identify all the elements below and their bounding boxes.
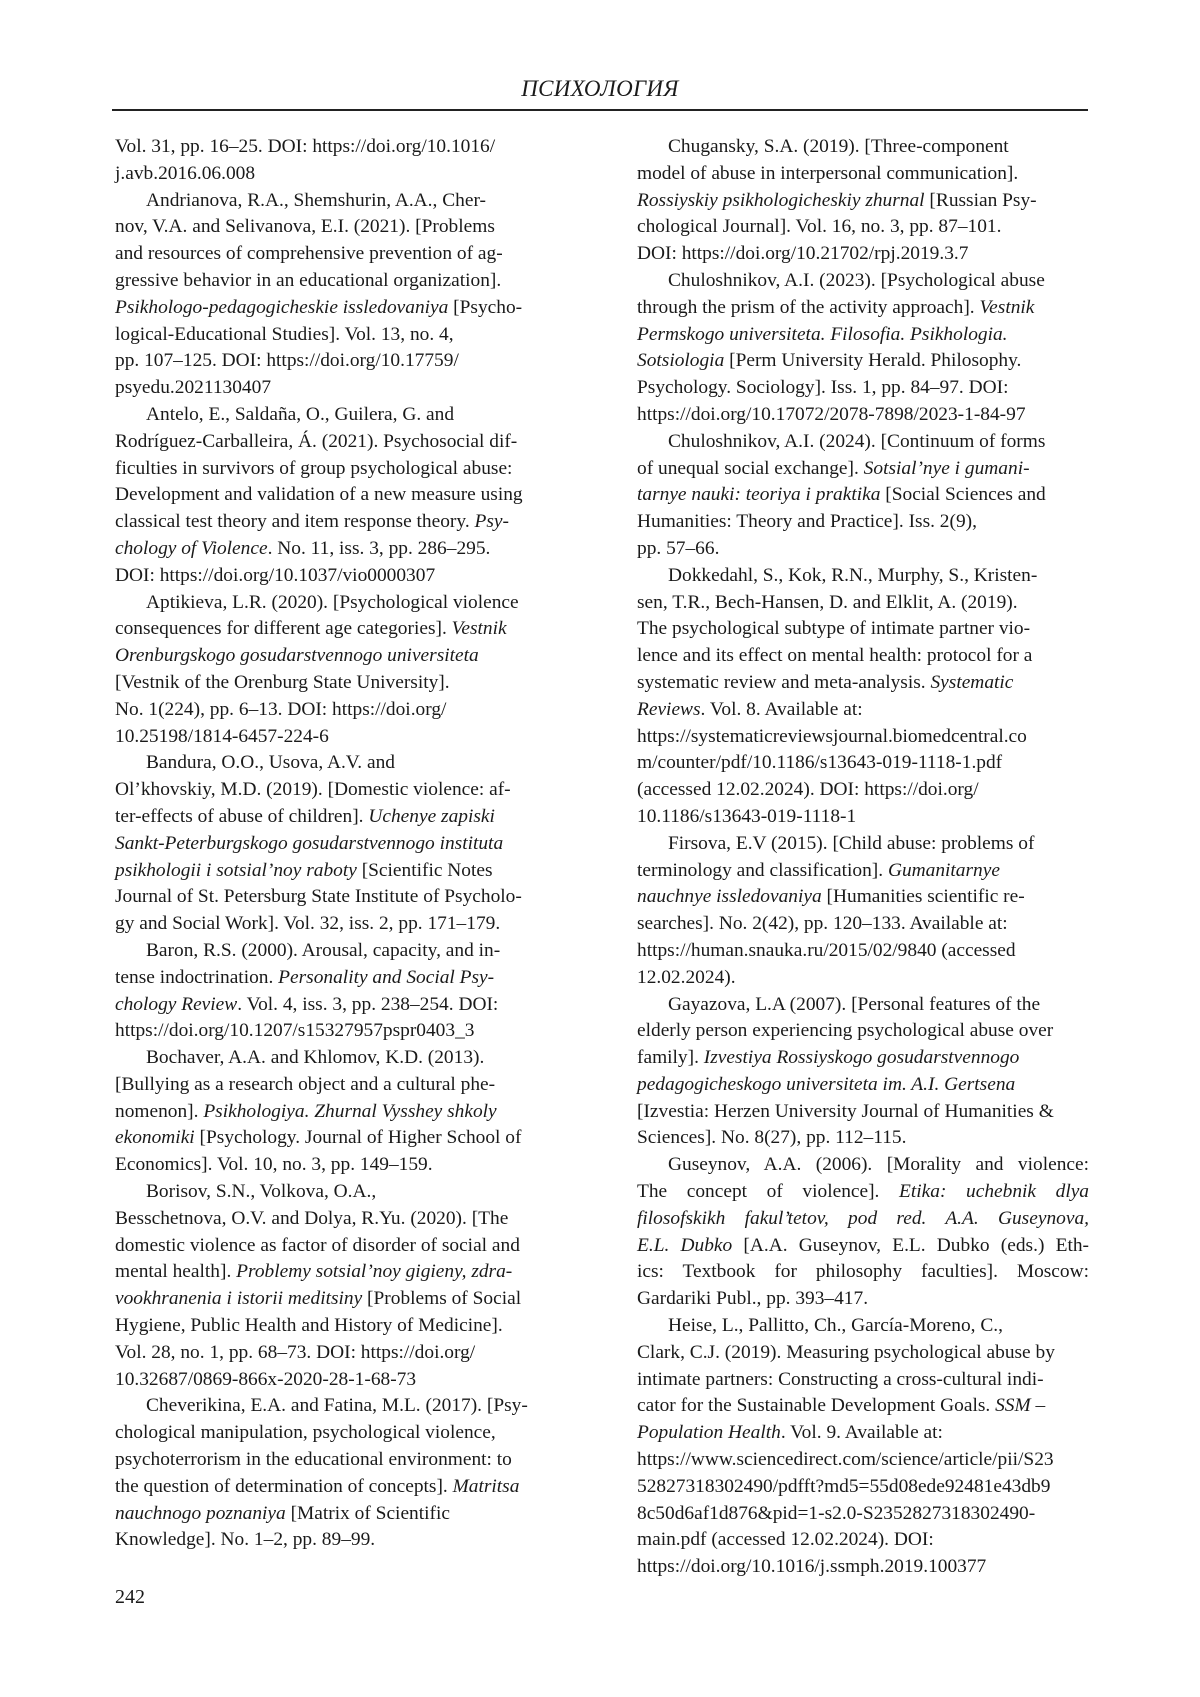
reference-text-line: E.L. Dubko [A.A. Guseynov, E.L. Dubko (e… xyxy=(637,1233,1089,1260)
reference-text-line: https://doi.org/10.1207/s15327957pspr040… xyxy=(115,1018,567,1045)
reference-text: mental health]. xyxy=(115,1261,236,1282)
reference-text: ics: Textbook for philosophy faculties].… xyxy=(637,1261,1089,1282)
reference-text-line: psikhologii i sotsial’noy raboty [Scient… xyxy=(115,858,567,885)
reference-text: psyedu.2021130407 xyxy=(115,377,271,398)
reference-text-line: of unequal social exchange]. Sotsial’nye… xyxy=(637,456,1089,483)
reference-text-line: Vol. 31, pp. 16–25. DOI: https://doi.org… xyxy=(115,134,567,161)
reference-text-line: Permskogo universiteta. Filosofia. Psikh… xyxy=(637,322,1089,349)
reference-text: [Matrix of Scientific xyxy=(286,1503,450,1524)
reference-text-line: The psychological subtype of intimate pa… xyxy=(637,616,1089,643)
page-number: 242 xyxy=(115,1586,145,1609)
reference-source-title: nauchnye issledovaniya xyxy=(637,886,822,907)
reference-text-line: domestic violence as factor of disorder … xyxy=(115,1233,567,1260)
reference-text: Sciences]. No. 8(27), pp. 112–115. xyxy=(637,1127,906,1148)
reference-text: Besschetnova, O.V. and Dolya, R.Yu. (202… xyxy=(115,1208,508,1229)
reference-text-line: model of abuse in interpersonal communic… xyxy=(637,161,1089,188)
reference-text-line: tense indoctrination. Personality and So… xyxy=(115,965,567,992)
reference-text: consequences for different age categorie… xyxy=(115,618,452,639)
reference-text: tense indoctrination. xyxy=(115,967,278,988)
reference-text: lence and its effect on mental health: p… xyxy=(637,645,1032,666)
reference-entry-start-line: Chugansky, S.A. (2019). [Three-component xyxy=(637,134,1089,161)
reference-text-line: Reviews. Vol. 8. Available at: xyxy=(637,697,1089,724)
reference-text: Heise, L., Pallitto, Ch., García-Moreno,… xyxy=(668,1315,1003,1336)
reference-text: https://human.snauka.ru/2015/02/9840 (ac… xyxy=(637,940,1016,961)
reference-text: https://doi.org/10.1016/j.ssmph.2019.100… xyxy=(637,1556,986,1577)
reference-text: m/counter/pdf/10.1186/s13643-019-1118-1.… xyxy=(637,752,1002,773)
reference-text: chological manipulation, psychological v… xyxy=(115,1422,496,1443)
reference-text-line: https://doi.org/10.1016/j.ssmph.2019.100… xyxy=(637,1554,1089,1581)
reference-source-title: Sotsial’nye i gumani- xyxy=(864,458,1030,479)
reference-text: and resources of comprehensive preventio… xyxy=(115,243,503,264)
reference-text-line: j.avb.2016.06.008 xyxy=(115,161,567,188)
reference-text-line: https://systematicreviewsjournal.biomedc… xyxy=(637,724,1089,751)
reference-text: terminology and classification]. xyxy=(637,860,888,881)
reference-text-line: mental health]. Problemy sotsial’noy gig… xyxy=(115,1259,567,1286)
reference-text-line: Development and validation of a new meas… xyxy=(115,482,567,509)
reference-text: https://www.sciencedirect.com/science/ar… xyxy=(637,1449,1054,1470)
reference-text: j.avb.2016.06.008 xyxy=(115,163,255,184)
reference-text: Bandura, O.O., Usova, A.V. and xyxy=(146,752,395,773)
reference-source-title: Reviews xyxy=(637,699,701,720)
reference-text-line: Clark, C.J. (2019). Measuring psychologi… xyxy=(637,1340,1089,1367)
reference-entry-start-line: Aptikieva, L.R. (2020). [Psychological v… xyxy=(115,590,567,617)
reference-source-title: tarnye nauki: teoriya i praktika xyxy=(637,484,880,505)
reference-text: intimate partners: Constructing a cross-… xyxy=(637,1369,1044,1390)
reference-text: systematic review and meta-analysis. xyxy=(637,672,930,693)
reference-text-line: m/counter/pdf/10.1186/s13643-019-1118-1.… xyxy=(637,750,1089,777)
reference-text: Rodríguez-Carballeira, Á. (2021). Psycho… xyxy=(115,431,517,452)
reference-source-title: Sotsiologia xyxy=(637,350,724,371)
reference-source-title: chology Review xyxy=(115,994,237,1015)
reference-source-title: psikhologii i sotsial’noy raboty xyxy=(115,860,357,881)
reference-text: [Izvestia: Herzen University Journal of … xyxy=(637,1101,1054,1122)
reference-source-title: Orenburgskogo gosudarstvennogo universit… xyxy=(115,645,479,666)
reference-text: The psychological subtype of intimate pa… xyxy=(637,618,1030,639)
reference-text: . Vol. 8. Available at: xyxy=(701,699,863,720)
reference-text: through the prism of the activity approa… xyxy=(637,297,979,318)
reference-text: Borisov, S.N., Volkova, O.A., xyxy=(146,1181,376,1202)
reference-text-line: Sciences]. No. 8(27), pp. 112–115. xyxy=(637,1125,1089,1152)
reference-text: The concept of violence]. xyxy=(637,1181,899,1202)
reference-text: the question of determination of concept… xyxy=(115,1476,453,1497)
reference-text: ficulties in survivors of group psycholo… xyxy=(115,458,512,479)
reference-text: [Psychology. Journal of Higher School of xyxy=(195,1127,522,1148)
reference-text: https://doi.org/10.17072/2078-7898/2023-… xyxy=(637,404,1026,425)
reference-text: ter-effects of abuse of children]. xyxy=(115,806,368,827)
reference-source-title: pedagogicheskogo universiteta im. A.I. G… xyxy=(637,1074,1015,1095)
reference-source-title: nauchnogo poznaniya xyxy=(115,1503,286,1524)
header-rule xyxy=(112,109,1088,111)
reference-text: Vol. 28, no. 1, pp. 68–73. DOI: https://… xyxy=(115,1342,475,1363)
reference-text-line: gressive behavior in an educational orga… xyxy=(115,268,567,295)
reference-text: Humanities: Theory and Practice]. Iss. 2… xyxy=(637,511,977,532)
reference-text: Cheverikina, E.A. and Fatina, M.L. (2017… xyxy=(146,1395,528,1416)
reference-text-line: family]. Izvestiya Rossiyskogo gosudarst… xyxy=(637,1045,1089,1072)
references-column-right: Chugansky, S.A. (2019). [Three-component… xyxy=(637,134,1089,1581)
reference-text-line: Journal of St. Petersburg State Institut… xyxy=(115,884,567,911)
reference-text-line: Orenburgskogo gosudarstvennogo universit… xyxy=(115,643,567,670)
reference-text: main.pdf (accessed 12.02.2024). DOI: xyxy=(637,1529,934,1550)
reference-source-title: ekonomiki xyxy=(115,1127,195,1148)
reference-text-line: logical-Educational Studies]. Vol. 13, n… xyxy=(115,322,567,349)
reference-text: Chugansky, S.A. (2019). [Three-component xyxy=(668,136,1009,157)
reference-text-line: https://www.sciencedirect.com/science/ar… xyxy=(637,1447,1089,1474)
reference-text-line: Ol’khovskiy, M.D. (2019). [Domestic viol… xyxy=(115,777,567,804)
reference-text-line: terminology and classification]. Gumanit… xyxy=(637,858,1089,885)
reference-text-line: ics: Textbook for philosophy faculties].… xyxy=(637,1259,1089,1286)
reference-text: Development and validation of a new meas… xyxy=(115,484,523,505)
reference-text: Firsova, E.V (2015). [Child abuse: probl… xyxy=(668,833,1034,854)
reference-text-line: pedagogicheskogo universiteta im. A.I. G… xyxy=(637,1072,1089,1099)
reference-text: domestic violence as factor of disorder … xyxy=(115,1235,520,1256)
reference-text: gy and Social Work]. Vol. 32, iss. 2, pp… xyxy=(115,913,500,934)
reference-entry-start-line: Heise, L., Pallitto, Ch., García-Moreno,… xyxy=(637,1313,1089,1340)
reference-text-line: DOI: https://doi.org/10.1037/vio0000307 xyxy=(115,563,567,590)
reference-text: https://doi.org/10.1207/s15327957pspr040… xyxy=(115,1020,474,1041)
reference-text: . No. 11, iss. 3, pp. 286–295. xyxy=(268,538,491,559)
reference-text: [Russian Psy- xyxy=(925,190,1037,211)
reference-text-line: tarnye nauki: teoriya i praktika [Social… xyxy=(637,482,1089,509)
reference-text: sen, T.R., Bech-Hansen, D. and Elklit, A… xyxy=(637,592,1018,613)
references-column-left: Vol. 31, pp. 16–25. DOI: https://doi.org… xyxy=(115,134,567,1554)
reference-text-line: [Vestnik of the Orenburg State Universit… xyxy=(115,670,567,697)
reference-text-line: psyedu.2021130407 xyxy=(115,375,567,402)
reference-source-title: Vestnik xyxy=(979,297,1034,318)
reference-text-line: DOI: https://doi.org/10.21702/rpj.2019.3… xyxy=(637,241,1089,268)
reference-text: psychoterrorism in the educational envir… xyxy=(115,1449,512,1470)
reference-text-line: The concept of violence]. Etika: uchebni… xyxy=(637,1179,1089,1206)
reference-text-line: the question of determination of concept… xyxy=(115,1474,567,1501)
reference-text: Vol. 31, pp. 16–25. DOI: https://doi.org… xyxy=(115,136,495,157)
reference-text-line: searches]. No. 2(42), pp. 120–133. Avail… xyxy=(637,911,1089,938)
reference-text-line: filosofskikh fakul’tetov, pod red. A.A. … xyxy=(637,1206,1089,1233)
reference-text: [A.A. Guseynov, E.L. Dubko (eds.) Eth- xyxy=(732,1235,1089,1256)
reference-text-line: elderly person experiencing psychologica… xyxy=(637,1018,1089,1045)
reference-source-title: Population Health xyxy=(637,1422,781,1443)
reference-entry-start-line: Baron, R.S. (2000). Arousal, capacity, a… xyxy=(115,938,567,965)
reference-text: [Bullying as a research object and a cul… xyxy=(115,1074,495,1095)
reference-source-title: chology of Violence xyxy=(115,538,268,559)
reference-text: 10.25198/1814-6457-224-6 xyxy=(115,726,329,747)
reference-text: Bochaver, A.A. and Khlomov, K.D. (2013). xyxy=(146,1047,484,1068)
reference-text: Aptikieva, L.R. (2020). [Psychological v… xyxy=(146,592,519,613)
reference-text: nov, V.A. and Selivanova, E.I. (2021). [… xyxy=(115,216,495,237)
reference-text: Guseynov, A.A. (2006). [Morality and vio… xyxy=(668,1154,1089,1175)
reference-text-line: chology Review. Vol. 4, iss. 3, pp. 238–… xyxy=(115,992,567,1019)
reference-text-line: nov, V.A. and Selivanova, E.I. (2021). [… xyxy=(115,214,567,241)
reference-source-title: Matritsa xyxy=(453,1476,520,1497)
reference-source-title: vookhranenia i istorii meditsiny xyxy=(115,1288,362,1309)
reference-text: 10.1186/s13643-019-1118-1 xyxy=(637,806,856,827)
reference-text: 8c50d6af1d876&pid=1-s2.0-S23528273183024… xyxy=(637,1503,1035,1524)
reference-entry-start-line: Chuloshnikov, A.I. (2024). [Continuum of… xyxy=(637,429,1089,456)
reference-text-line: intimate partners: Constructing a cross-… xyxy=(637,1367,1089,1394)
reference-text: model of abuse in interpersonal communic… xyxy=(637,163,1018,184)
reference-text-line: Psychology. Sociology]. Iss. 1, pp. 84–9… xyxy=(637,375,1089,402)
reference-text: of unequal social exchange]. xyxy=(637,458,864,479)
reference-text: [Perm University Herald. Philosophy. xyxy=(724,350,1021,371)
reference-text: (accessed 12.02.2024). DOI: https://doi.… xyxy=(637,779,979,800)
reference-entry-start-line: Chuloshnikov, A.I. (2023). [Psychologica… xyxy=(637,268,1089,295)
reference-text: Gayazova, L.A (2007). [Personal features… xyxy=(668,994,1040,1015)
reference-text-line: 12.02.2024). xyxy=(637,965,1089,992)
reference-entry-start-line: Firsova, E.V (2015). [Child abuse: probl… xyxy=(637,831,1089,858)
reference-text: Psychology. Sociology]. Iss. 1, pp. 84–9… xyxy=(637,377,1008,398)
reference-source-title: Permskogo universiteta. Filosofia. Psikh… xyxy=(637,324,1008,345)
reference-text-line: Gardariki Publ., pp. 393–417. xyxy=(637,1286,1089,1313)
reference-entry-start-line: Borisov, S.N., Volkova, O.A., xyxy=(115,1179,567,1206)
reference-text: cator for the Sustainable Development Go… xyxy=(637,1395,995,1416)
reference-text-line: ekonomiki [Psychology. Journal of Higher… xyxy=(115,1125,567,1152)
reference-source-title: filosofskikh fakul’tetov, pod red. A.A. … xyxy=(637,1208,1089,1229)
reference-entry-start-line: Antelo, E., Saldaña, O., Guilera, G. and xyxy=(115,402,567,429)
reference-source-title: Gumanitarnye xyxy=(888,860,1000,881)
reference-text: pp. 57–66. xyxy=(637,538,719,559)
reference-text: Andrianova, R.A., Shemshurin, A.A., Cher… xyxy=(146,190,486,211)
reference-text-line: main.pdf (accessed 12.02.2024). DOI: xyxy=(637,1527,1089,1554)
reference-text: Economics]. Vol. 10, no. 3, pp. 149–159. xyxy=(115,1154,433,1175)
reference-text-line: chological manipulation, psychological v… xyxy=(115,1420,567,1447)
reference-entry-start-line: Guseynov, A.A. (2006). [Morality and vio… xyxy=(637,1152,1089,1179)
reference-text: family]. xyxy=(637,1047,704,1068)
reference-text-line: pp. 57–66. xyxy=(637,536,1089,563)
reference-text: Chuloshnikov, A.I. (2024). [Continuum of… xyxy=(668,431,1045,452)
reference-source-title: Izvestiya Rossiyskogo gosudarstvennogo xyxy=(704,1047,1020,1068)
reference-text: 10.32687/0869-866x-2020-28-1-68-73 xyxy=(115,1369,416,1390)
reference-text: . Vol. 9. Available at: xyxy=(781,1422,943,1443)
reference-text-line: Economics]. Vol. 10, no. 3, pp. 149–159. xyxy=(115,1152,567,1179)
reference-text: https://systematicreviewsjournal.biomedc… xyxy=(637,726,1027,747)
reference-text-line: vookhranenia i istorii meditsiny [Proble… xyxy=(115,1286,567,1313)
reference-text: Journal of St. Petersburg State Institut… xyxy=(115,886,522,907)
reference-source-title: Uchenye zapiski xyxy=(368,806,495,827)
reference-text: nomenon]. xyxy=(115,1101,203,1122)
reference-text-line: lence and its effect on mental health: p… xyxy=(637,643,1089,670)
reference-text: classical test theory and item response … xyxy=(115,511,475,532)
reference-text-line: https://human.snauka.ru/2015/02/9840 (ac… xyxy=(637,938,1089,965)
reference-text-line: Sotsiologia [Perm University Herald. Phi… xyxy=(637,348,1089,375)
reference-text-line: Besschetnova, O.V. and Dolya, R.Yu. (202… xyxy=(115,1206,567,1233)
reference-text: . Vol. 4, iss. 3, pp. 238–254. DOI: xyxy=(237,994,498,1015)
reference-text-line: Population Health. Vol. 9. Available at: xyxy=(637,1420,1089,1447)
reference-text: DOI: https://doi.org/10.21702/rpj.2019.3… xyxy=(637,243,968,264)
reference-text: Chuloshnikov, A.I. (2023). [Psychologica… xyxy=(668,270,1045,291)
reference-text-line: nauchnogo poznaniya [Matrix of Scientifi… xyxy=(115,1501,567,1528)
reference-text-line: 52827318302490/pdfft?md5=55d08ede92481e4… xyxy=(637,1474,1089,1501)
reference-text-line: 10.25198/1814-6457-224-6 xyxy=(115,724,567,751)
reference-source-title: Personality and Social Psy- xyxy=(278,967,494,988)
reference-text-line: nauchnye issledovaniya [Humanities scien… xyxy=(637,884,1089,911)
reference-text-line: Vol. 28, no. 1, pp. 68–73. DOI: https://… xyxy=(115,1340,567,1367)
reference-text: DOI: https://doi.org/10.1037/vio0000307 xyxy=(115,565,435,586)
reference-text: Baron, R.S. (2000). Arousal, capacity, a… xyxy=(146,940,500,961)
reference-text: [Psycho- xyxy=(448,297,522,318)
reference-source-title: Sankt-Peterburgskogo gosudarstvennogo in… xyxy=(115,833,503,854)
reference-text-line: Humanities: Theory and Practice]. Iss. 2… xyxy=(637,509,1089,536)
reference-text: Clark, C.J. (2019). Measuring psychologi… xyxy=(637,1342,1055,1363)
reference-text-line: ter-effects of abuse of children]. Uchen… xyxy=(115,804,567,831)
reference-text-line: systematic review and meta-analysis. Sys… xyxy=(637,670,1089,697)
reference-text-line: sen, T.R., Bech-Hansen, D. and Elklit, A… xyxy=(637,590,1089,617)
reference-text: Dokkedahl, S., Kok, R.N., Murphy, S., Kr… xyxy=(668,565,1037,586)
reference-text: No. 1(224), pp. 6–13. DOI: https://doi.o… xyxy=(115,699,446,720)
reference-entry-start-line: Bandura, O.O., Usova, A.V. and xyxy=(115,750,567,777)
reference-text-line: Knowledge]. No. 1–2, pp. 89–99. xyxy=(115,1527,567,1554)
reference-text-line: [Izvestia: Herzen University Journal of … xyxy=(637,1099,1089,1126)
reference-text-line: classical test theory and item response … xyxy=(115,509,567,536)
reference-text-line: 8c50d6af1d876&pid=1-s2.0-S23528273183024… xyxy=(637,1501,1089,1528)
reference-source-title: Systematic xyxy=(930,672,1013,693)
reference-text: searches]. No. 2(42), pp. 120–133. Avail… xyxy=(637,913,1008,934)
reference-text: pp. 107–125. DOI: https://doi.org/10.177… xyxy=(115,350,459,371)
reference-text: [Social Sciences and xyxy=(880,484,1045,505)
reference-text-line: pp. 107–125. DOI: https://doi.org/10.177… xyxy=(115,348,567,375)
reference-entry-start-line: Bochaver, A.A. and Khlomov, K.D. (2013). xyxy=(115,1045,567,1072)
reference-text: [Problems of Social xyxy=(362,1288,521,1309)
reference-text: logical-Educational Studies]. Vol. 13, n… xyxy=(115,324,454,345)
reference-text-line: gy and Social Work]. Vol. 32, iss. 2, pp… xyxy=(115,911,567,938)
reference-text-line: (accessed 12.02.2024). DOI: https://doi.… xyxy=(637,777,1089,804)
reference-text: Knowledge]. No. 1–2, pp. 89–99. xyxy=(115,1529,375,1550)
reference-text-line: Rossiyskiy psikhologicheskiy zhurnal [Ru… xyxy=(637,188,1089,215)
reference-text: Antelo, E., Saldaña, O., Guilera, G. and xyxy=(146,404,454,425)
reference-text: Gardariki Publ., pp. 393–417. xyxy=(637,1288,868,1309)
reference-text-line: nomenon]. Psikhologiya. Zhurnal Vysshey … xyxy=(115,1099,567,1126)
reference-text-line: ficulties in survivors of group psycholo… xyxy=(115,456,567,483)
reference-text-line: Sankt-Peterburgskogo gosudarstvennogo in… xyxy=(115,831,567,858)
reference-source-title: Psy- xyxy=(475,511,509,532)
reference-source-title: Etika: uchebnik dlya xyxy=(899,1181,1089,1202)
reference-source-title: SSM – xyxy=(995,1395,1045,1416)
reference-source-title: Psikhologiya. Zhurnal Vysshey shkoly xyxy=(203,1101,496,1122)
reference-source-title: Psikhologo-pedagogicheskie issledovaniya xyxy=(115,297,448,318)
reference-text-line: [Bullying as a research object and a cul… xyxy=(115,1072,567,1099)
reference-text-line: through the prism of the activity approa… xyxy=(637,295,1089,322)
reference-text-line: Hygiene, Public Health and History of Me… xyxy=(115,1313,567,1340)
reference-text-line: chology of Violence. No. 11, iss. 3, pp.… xyxy=(115,536,567,563)
reference-text: Hygiene, Public Health and History of Me… xyxy=(115,1315,503,1336)
reference-text-line: psychoterrorism in the educational envir… xyxy=(115,1447,567,1474)
reference-text: 12.02.2024). xyxy=(637,967,736,988)
reference-text: gressive behavior in an educational orga… xyxy=(115,270,501,291)
reference-text-line: 10.1186/s13643-019-1118-1 xyxy=(637,804,1089,831)
reference-text-line: cator for the Sustainable Development Go… xyxy=(637,1393,1089,1420)
reference-text: Ol’khovskiy, M.D. (2019). [Domestic viol… xyxy=(115,779,511,800)
reference-text: [Vestnik of the Orenburg State Universit… xyxy=(115,672,450,693)
reference-text-line: consequences for different age categorie… xyxy=(115,616,567,643)
reference-source-title: Rossiyskiy psikhologicheskiy zhurnal xyxy=(637,190,925,211)
reference-text: [Scientific Notes xyxy=(357,860,493,881)
reference-text-line: Rodríguez-Carballeira, Á. (2021). Psycho… xyxy=(115,429,567,456)
reference-text: 52827318302490/pdfft?md5=55d08ede92481e4… xyxy=(637,1476,1050,1497)
reference-text-line: and resources of comprehensive preventio… xyxy=(115,241,567,268)
reference-entry-start-line: Gayazova, L.A (2007). [Personal features… xyxy=(637,992,1089,1019)
reference-entry-start-line: Andrianova, R.A., Shemshurin, A.A., Cher… xyxy=(115,188,567,215)
reference-source-title: Vestnik xyxy=(452,618,507,639)
running-header-title: ПСИХОЛОГИЯ xyxy=(112,76,1088,102)
reference-entry-start-line: Dokkedahl, S., Kok, R.N., Murphy, S., Kr… xyxy=(637,563,1089,590)
reference-text-line: chological Journal]. Vol. 16, no. 3, pp.… xyxy=(637,214,1089,241)
reference-text: [Humanities scientific re- xyxy=(822,886,1025,907)
reference-text-line: 10.32687/0869-866x-2020-28-1-68-73 xyxy=(115,1367,567,1394)
reference-source-title: Problemy sotsial’noy gigieny, zdra- xyxy=(236,1261,512,1282)
reference-source-title: E.L. Dubko xyxy=(637,1235,732,1256)
reference-text: elderly person experiencing psychologica… xyxy=(637,1020,1053,1041)
reference-text-line: Psikhologo-pedagogicheskie issledovaniya… xyxy=(115,295,567,322)
reference-text: chological Journal]. Vol. 16, no. 3, pp.… xyxy=(637,216,1001,237)
reference-entry-start-line: Cheverikina, E.A. and Fatina, M.L. (2017… xyxy=(115,1393,567,1420)
reference-text-line: No. 1(224), pp. 6–13. DOI: https://doi.o… xyxy=(115,697,567,724)
reference-text-line: https://doi.org/10.17072/2078-7898/2023-… xyxy=(637,402,1089,429)
